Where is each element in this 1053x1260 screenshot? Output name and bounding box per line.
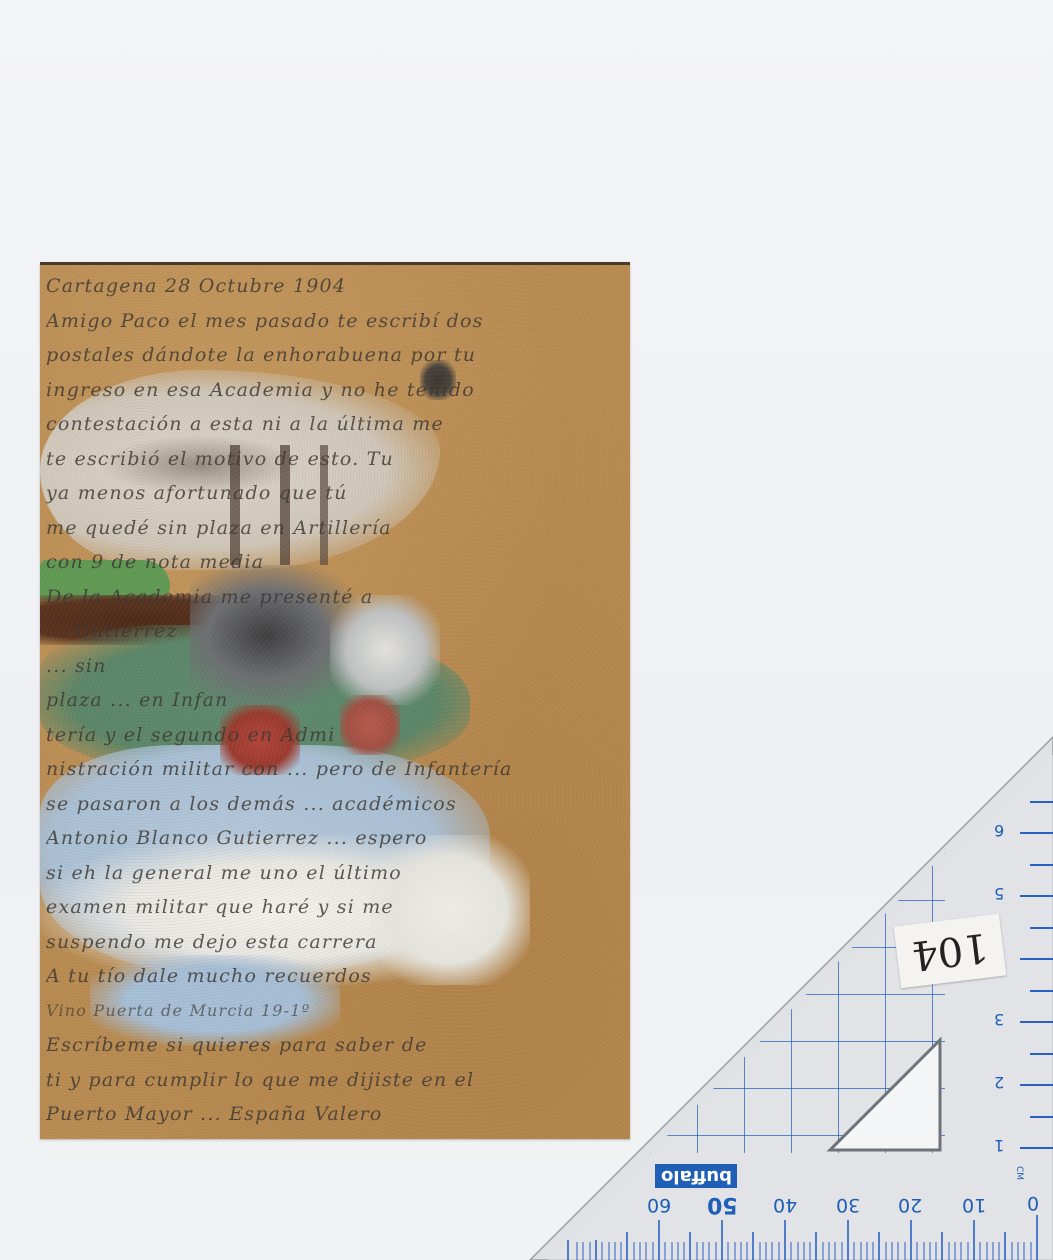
letter-line: contestación a esta ni a la última me bbox=[46, 407, 624, 442]
letter-line: ... sin bbox=[46, 649, 624, 684]
letter-line: te escribió el motivo de esto. Tu bbox=[46, 442, 624, 477]
letter-line: con 9 de nota media bbox=[46, 545, 624, 580]
letter-line: nistración militar con ... pero de Infan… bbox=[46, 752, 624, 787]
letter-line: postales dándote la enhorabuena por tu bbox=[46, 338, 624, 373]
ruler-cm-1: 1 bbox=[994, 1136, 1004, 1155]
ruler-cm-5: 5 bbox=[994, 884, 1004, 903]
letter-line: Puerto Mayor ... España Valero bbox=[46, 1097, 624, 1132]
letter-line: De la Academia me presenté a bbox=[46, 580, 624, 615]
ruler-unit-label: CM bbox=[1014, 1166, 1024, 1180]
letter-line: Cartagena 28 Octubre 1904 bbox=[46, 269, 624, 304]
letter-line: ... Gutierrez bbox=[46, 614, 624, 649]
letter-line: ti y para cumplir lo que me dijiste en e… bbox=[46, 1063, 624, 1098]
letter-line: tería y el segundo en Admi bbox=[46, 718, 624, 753]
ruler-mark-50: 50 bbox=[707, 1192, 738, 1217]
ruler-mark-40: 40 bbox=[773, 1194, 797, 1216]
postcard: Cartagena 28 Octubre 1904 Amigo Paco el … bbox=[40, 262, 630, 1139]
letter-line: me quedé sin plaza en Artillería bbox=[46, 511, 624, 546]
ruler-mark-60: 60 bbox=[647, 1194, 671, 1216]
ruler-cm-6: 6 bbox=[994, 821, 1004, 840]
ruler-cm-2: 2 bbox=[994, 1073, 1004, 1092]
letter-line: examen militar que haré y si me bbox=[46, 890, 624, 925]
letter-line: ya menos afortunado que tú bbox=[46, 476, 624, 511]
letter-line: Amigo Paco el mes pasado te escribí dos bbox=[46, 304, 624, 339]
letter-line: ingreso en esa Academia y no he tenido bbox=[46, 373, 624, 408]
ruler-mark-20: 20 bbox=[898, 1194, 922, 1216]
letter-line: A tu tío dale mucho recuerdos bbox=[46, 959, 624, 994]
ruler-brand-logo: buffalo bbox=[655, 1164, 737, 1188]
letter-line: plaza ... en Infan bbox=[46, 683, 624, 718]
ruler-mark-10: 10 bbox=[962, 1194, 986, 1216]
letter-line: suspendo me dejo esta carrera bbox=[46, 925, 624, 960]
catalog-number-tag: 104 bbox=[894, 914, 1007, 988]
letter-line: si eh la general me uno el último bbox=[46, 856, 624, 891]
ruler-cm-3: 3 bbox=[994, 1010, 1004, 1029]
ruler-mark-30: 30 bbox=[836, 1194, 860, 1216]
ruler-mark-0: 0 bbox=[1027, 1192, 1039, 1214]
letter-line: Antonio Blanco Gutierrez ... espero bbox=[46, 821, 624, 856]
letter-line: se pasaron a los demás ... académicos bbox=[46, 787, 624, 822]
handwritten-letter: Cartagena 28 Octubre 1904 Amigo Paco el … bbox=[46, 269, 624, 1132]
letter-address-line: Vino Puerta de Murcia 19-1º bbox=[46, 994, 624, 1029]
letter-line: Escríbeme si quieres para saber de bbox=[46, 1028, 624, 1063]
